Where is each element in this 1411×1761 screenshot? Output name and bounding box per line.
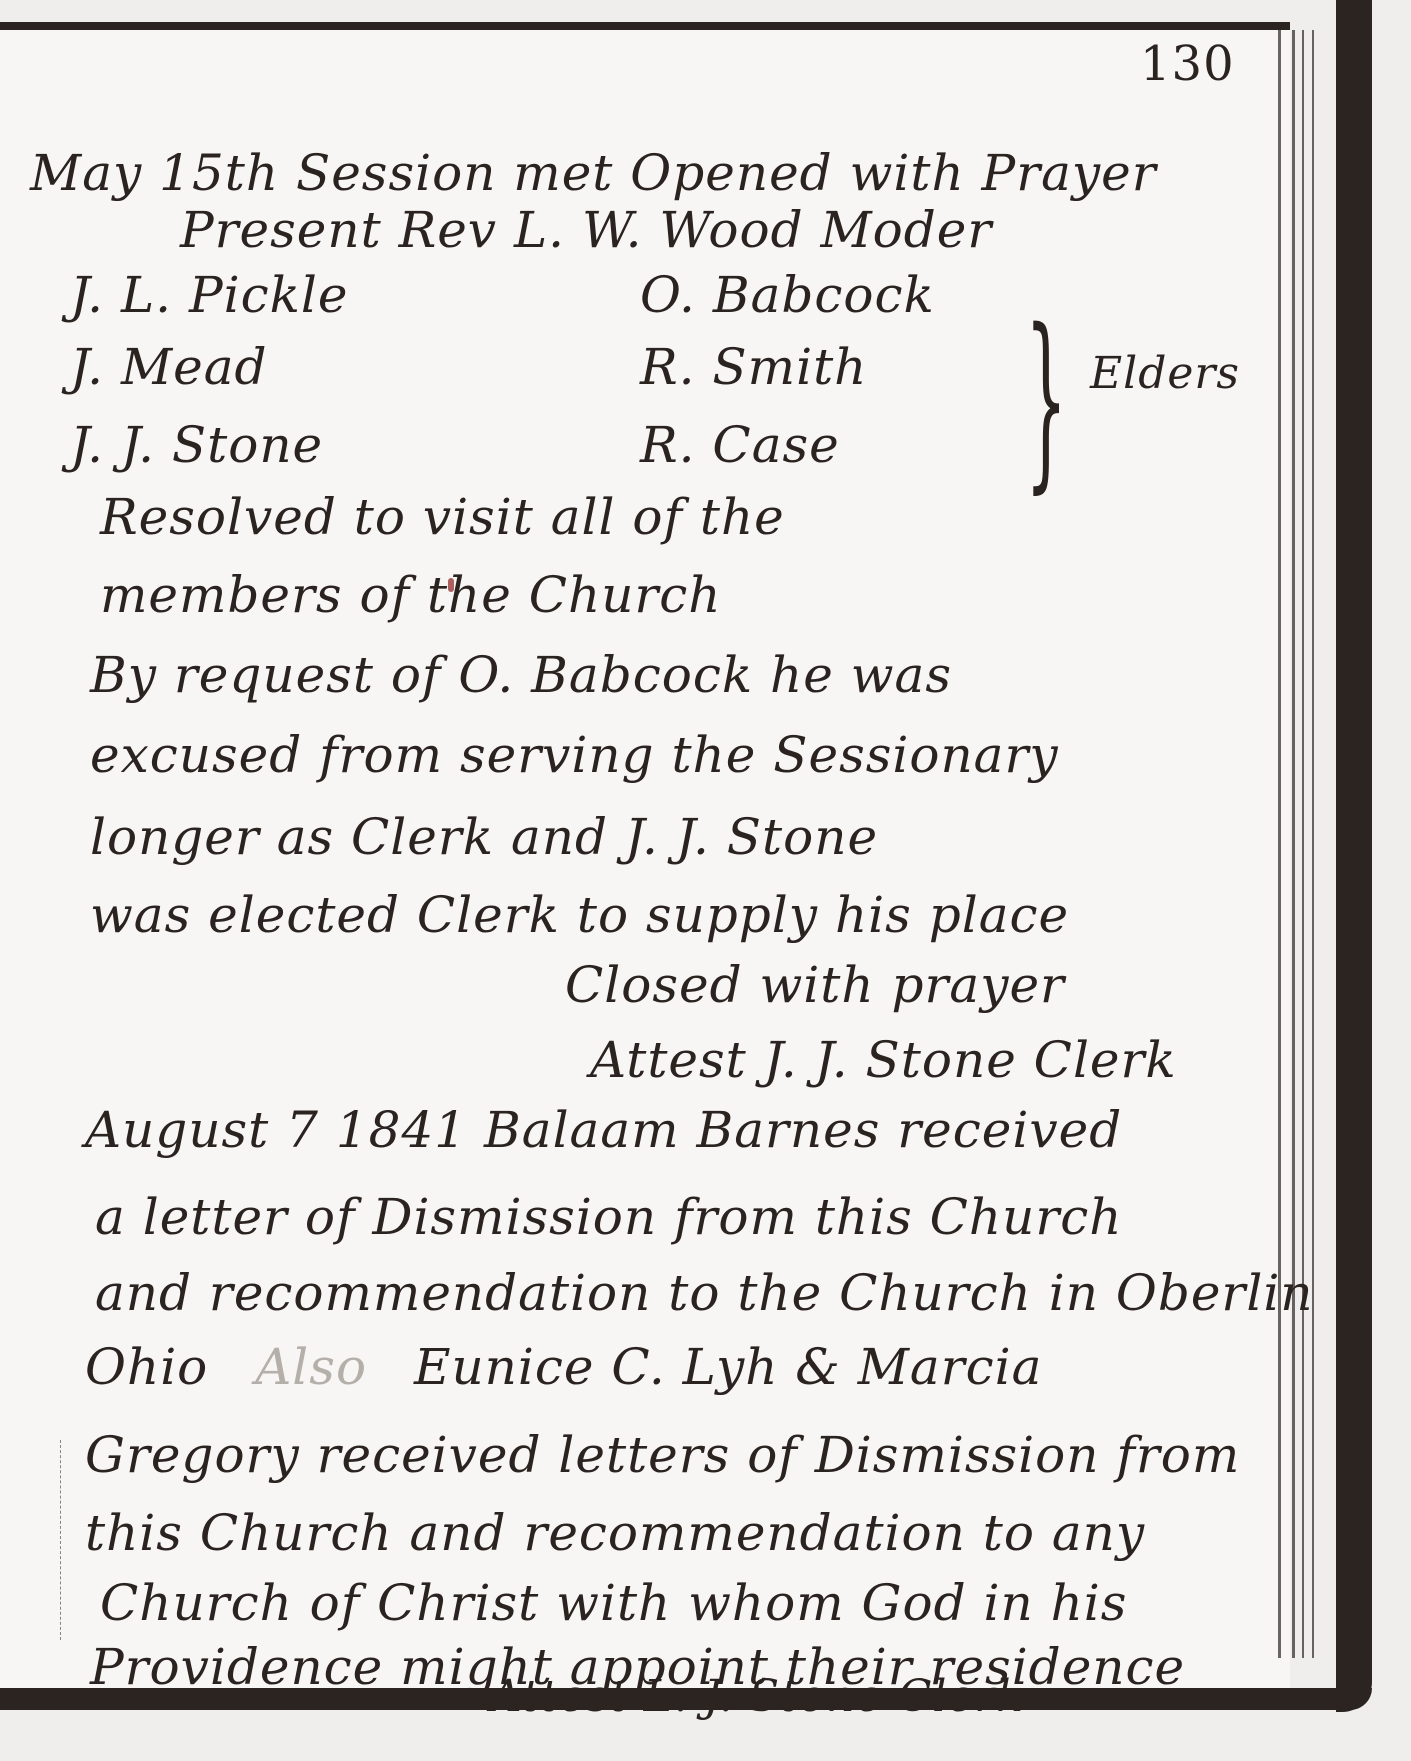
elder-name: J. Mead [70, 342, 268, 392]
entry1-line: excused from serving the Sessionary [90, 730, 1059, 780]
entry1-line: was elected Clerk to supply his place [90, 890, 1069, 940]
elder-name: J. L. Pickle [70, 270, 348, 320]
curly-brace-icon: } [1025, 305, 1036, 495]
entry2-names: Eunice C. Lyh & Marcia [414, 1338, 1042, 1396]
entry2-line: and recommendation to the Church in Ober… [95, 1268, 1314, 1318]
elder-name: J. J. Stone [70, 420, 323, 470]
ledger-page: 130 May 15th Session met Opened with Pra… [0, 22, 1290, 1702]
page-edge-line [1278, 30, 1281, 1658]
entry2-line: Ohio Also Eunice C. Lyh & Marcia [85, 1342, 1042, 1392]
entry2-line: August 7 1841 Balaam Barnes received [85, 1105, 1122, 1155]
entry2-line: this Church and recommendation to any [85, 1508, 1145, 1558]
elder-name: R. Case [640, 420, 840, 470]
book-cover-bottom [0, 1688, 1372, 1710]
margin-rule [60, 1440, 61, 1640]
faded-word: Also [255, 1338, 367, 1396]
book-cover-edge [1336, 0, 1372, 1712]
entry1-header: May 15th Session met Opened with Prayer [30, 148, 1157, 198]
elder-name: R. Smith [640, 342, 867, 392]
entry1-present: Present Rev L. W. Wood Moder [180, 205, 992, 255]
elder-name: O. Babcock [640, 270, 935, 320]
page-edge-line [1302, 30, 1304, 1658]
entry1-line: By request of O. Babcock he was [90, 650, 952, 700]
entry1-line: longer as Clerk and J. J. Stone [90, 812, 878, 862]
page-edge-line [1312, 30, 1314, 1658]
elders-label: Elders [1090, 352, 1240, 396]
entry2-line: a letter of Dismission from this Church [95, 1192, 1122, 1242]
page-edge-line [1292, 30, 1295, 1658]
entry1-closing: Closed with prayer [565, 960, 1065, 1010]
entry2-line: Gregory received letters of Dismission f… [85, 1430, 1240, 1480]
entry1-line: Resolved to visit all of the [100, 492, 785, 542]
page-number: 130 [1140, 40, 1235, 88]
entry2-line: Church of Christ with whom God in his [100, 1578, 1127, 1628]
entry2-place: Ohio [85, 1338, 208, 1396]
entry1-line: members of the Church [100, 570, 722, 620]
entry1-attest: Attest J. J. Stone Clerk [590, 1035, 1177, 1085]
